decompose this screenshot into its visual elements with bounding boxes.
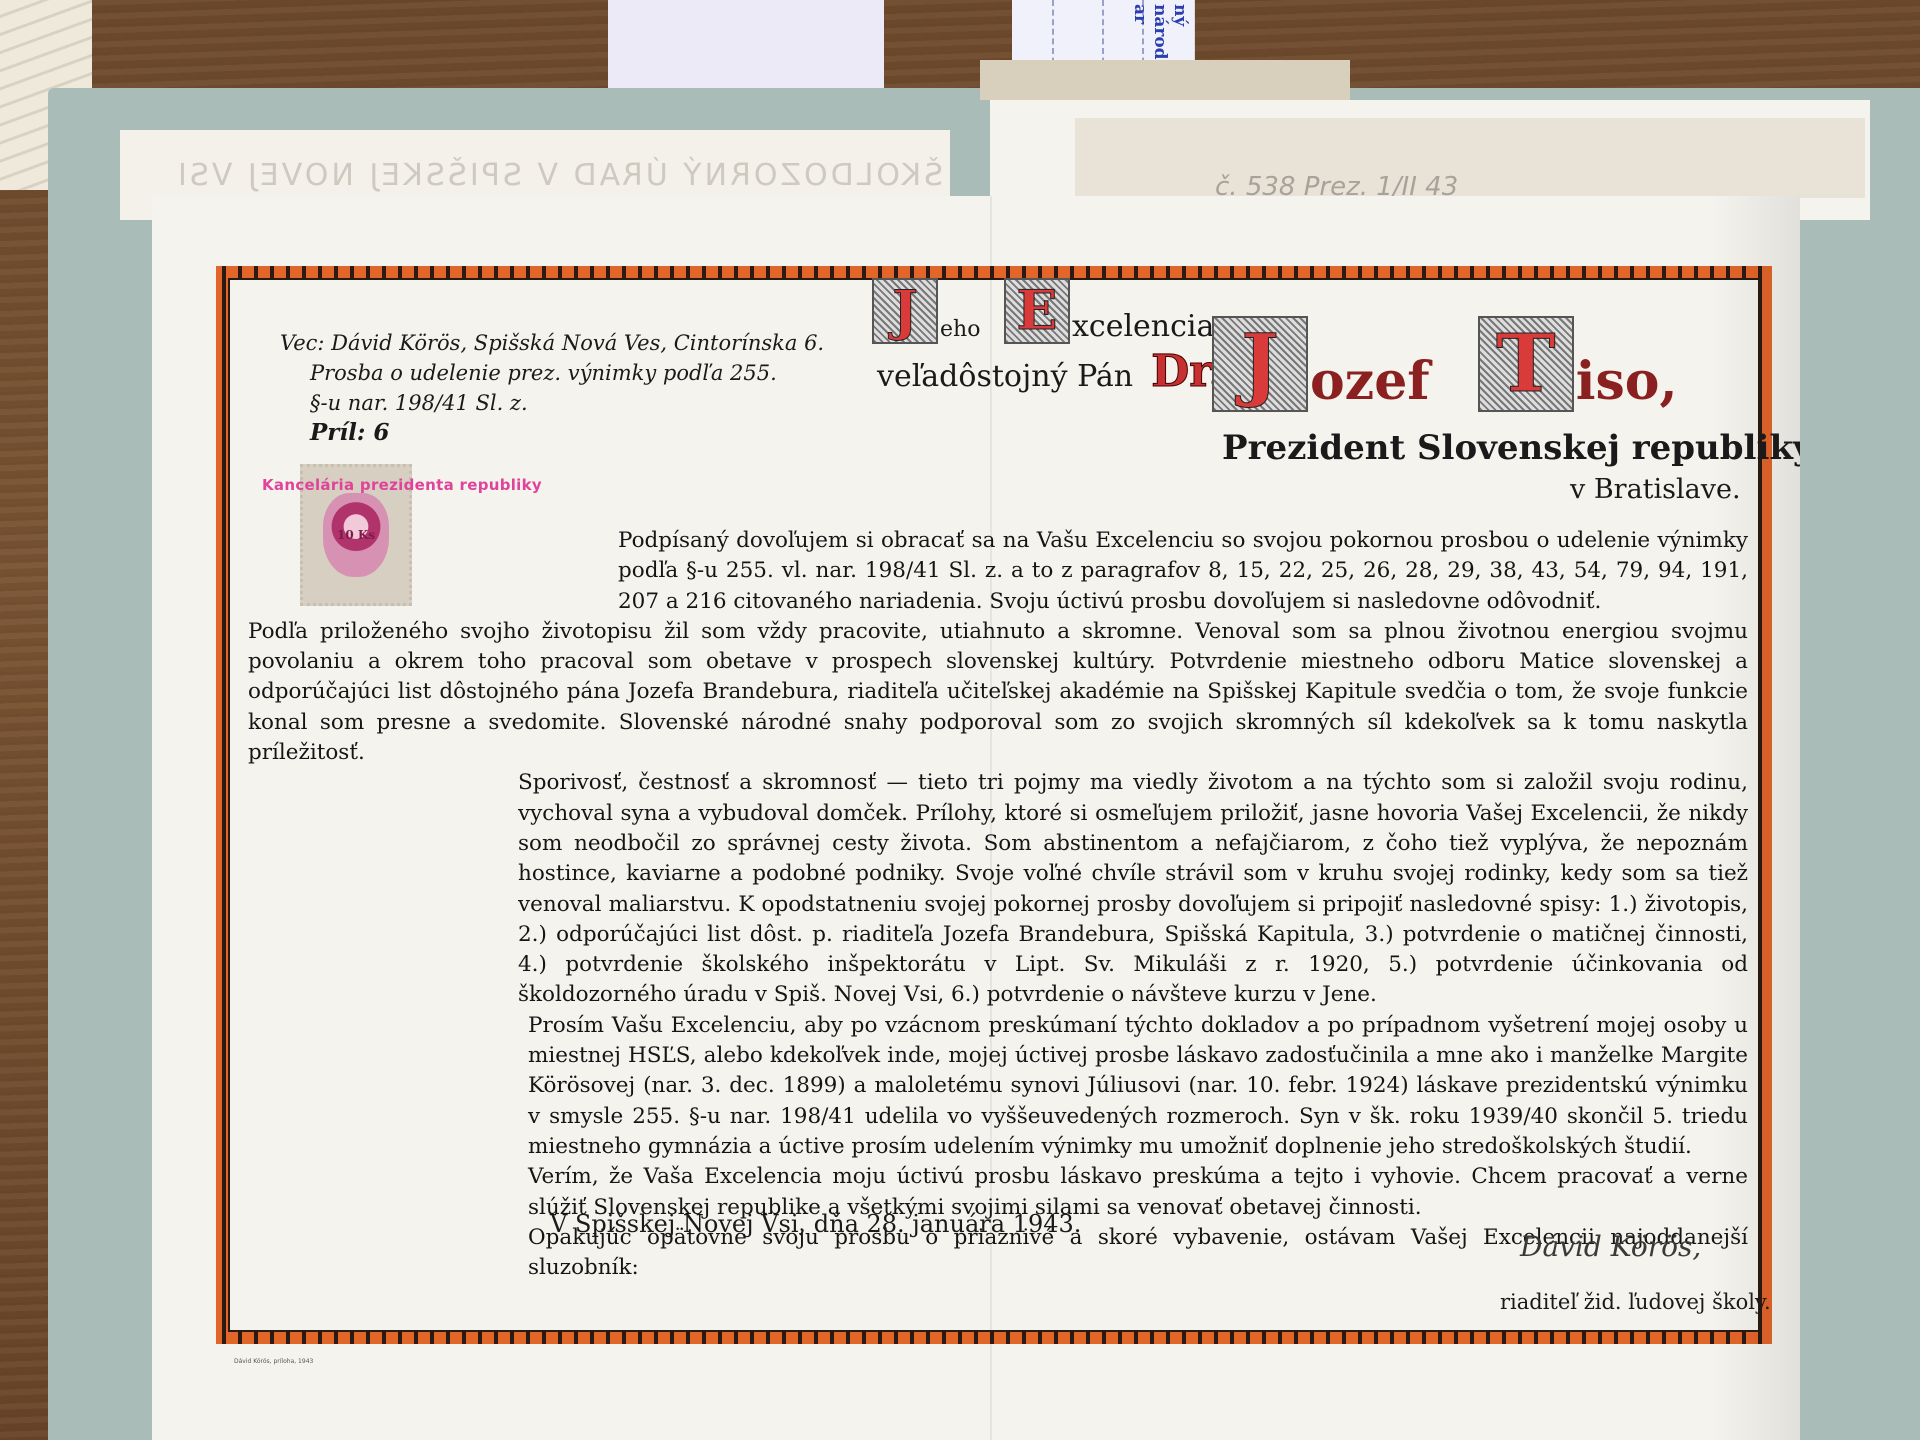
salutation-line-1: Jeho Excelencia [872,278,1214,344]
printer-note: Dávid Körös, príloha, 1943 [234,1358,313,1365]
illuminated-initial: J [1212,316,1308,412]
signature: Dávid Körös, [1520,1230,1701,1263]
letter-body: Podpísaný dovoľujem si obracať sa na Vaš… [248,526,1748,1283]
signatory-title: riaditeľ žid. ľudovej školy. [1500,1290,1771,1314]
paragraph: Podľa priloženého svojho životopisu žil … [248,617,1748,768]
paragraph: Podpísaný dovoľujem si obracať sa na Vaš… [248,526,1748,617]
subject-line: Prosba o udelenie prez. výnimky podľa 25… [280,358,824,388]
addressee-name: Jozef Tiso, [1212,316,1678,412]
addressee-city: v Bratislave. [1570,474,1741,505]
back-paper [1075,118,1865,198]
subject-block: Vec: Dávid Körös, Spišská Nová Ves, Cint… [280,328,824,448]
last-name: iso, [1576,351,1678,412]
subject-line: Vec: Dávid Körös, Spišská Nová Ves, Cint… [280,328,824,358]
honorific: veľadôstojný Pán [877,359,1133,394]
first-name: ozef [1310,351,1430,412]
addressee-title: Prezident Slovenskej republiky [1222,428,1813,468]
illuminated-initial: E [1004,278,1070,344]
place-date: V Spišskej Novej Vsi, dňa 28. januára 19… [550,1210,1081,1238]
salutation-line-2: veľadôstojný PánDr. [877,346,1224,397]
salutation-word: eho [940,317,980,342]
illuminated-initial: T [1478,316,1574,412]
petition-document: Vec: Dávid Körös, Spišská Nová Ves, Cint… [152,196,1800,1440]
office-stamp: Kancelária prezidenta republiky [262,476,542,494]
paragraph: Sporivosť, čestnosť a skromnosť — tieto … [248,768,1748,1010]
paragraph: Prosím Vašu Excelenciu, aby po vzácnom p… [248,1011,1748,1162]
back-paper [980,60,1350,100]
mirrored-letterhead: ŠKOLDOZORNÝ ÚRAD V SPIŠSKEJ NOVEJ VSI [175,158,943,193]
salutation-word: xcelencia [1072,309,1214,344]
attachments-count: Príl: 6 [280,418,824,448]
illuminated-initial: J [872,278,938,344]
subject-line: §-u nar. 198/41 Sl. z. [280,388,824,418]
